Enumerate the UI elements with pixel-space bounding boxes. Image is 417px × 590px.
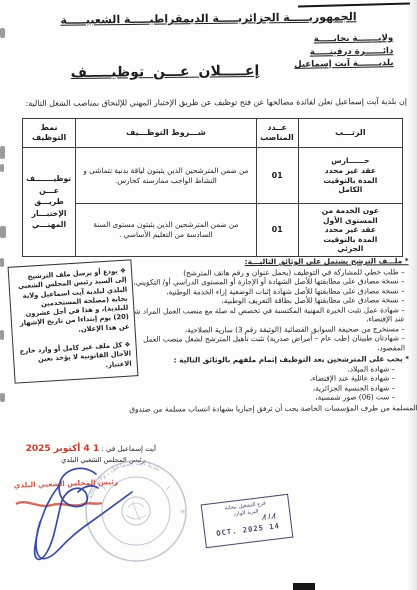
scan-artifact-mark [0,393,5,402]
deposit-instructions: ❖ يودع أو يرسل ملف الترشيح إلى السيد رئي… [14,267,130,339]
rank-cell: عون الخدمة من المستوى الأول عقد غير محدد… [298,204,402,257]
wilaya-line: ولايـــــــة بجايـــــة [293,32,393,46]
deposit-note-box: ❖ يودع أو يرسل ملف الترشيح إلى السيد رئي… [8,259,139,383]
table-row-guard: حــــــارس عقد غير محدد المدة بالتوقيت ا… [23,148,403,204]
scan-artifact-mark [0,258,4,267]
table-header-row: الرتـــب عــدد المناصب شـــروط التوظـــي… [23,119,403,148]
scan-artifact-bottom-bar [293,583,315,590]
col-header-count: عــدد المناصب [256,119,298,148]
administrative-header: ولايـــــــة بجايـــــة دائــــــرة درقي… [293,32,393,71]
scanned-document-page: الجمهوريـــــة الجزائريـــــة الديمقراطي… [0,0,417,590]
private-employer-note: * إن شهادات العمل المسلمة من طرف المؤسسا… [121,402,417,423]
count-cell: 01 [256,148,298,204]
intro-paragraph: إن بلدية آيت إسماعيل تعلن لفائدة مصالحها… [9,97,407,108]
scan-artifact-mark [0,146,5,159]
round-stamp-star: ✳ [180,508,186,516]
document-item: – شهادتان طبيتان (طب عام – أمراض صدرية) … [121,333,409,354]
document-item: – ست (06) صور شمسية، [121,392,409,403]
col-header-rank: الرتـــب [298,119,402,148]
scan-artifact-mark [0,330,4,340]
table-row-service-agent: عون الخدمة من المستوى الأول عقد غير محدد… [23,204,403,257]
rank-cell: حــــــارس عقد غير محدد المدة بالتوقيت ا… [298,148,402,204]
scan-edge-shadow [408,0,417,590]
employment-office-stamp: فرع التشغيل ببجاية البريد الوارد ٨١٨ 14 … [201,494,294,548]
republic-header: الجمهوريـــــة الجزائريـــــة الديمقراطي… [0,9,417,27]
positions-table: الرتـــب عــدد المناصب شـــروط التوظـــي… [22,118,403,257]
incomplete-file-warning: ❖ كل ملف غير كامل أو وارد خارج الآجال ال… [18,341,131,376]
scan-artifact-top-line [298,3,410,8]
documents-heading: * ملـــف الترشح يشتمل على الوثائق التالي… [121,256,409,267]
recruitment-mode-cell: توظيـــــــف عـــن طريـــق الإختبـــار ا… [23,148,76,257]
col-header-conditions: شـــروط التوظـــيف [76,119,256,148]
conditions-cell: من ضمن المترشحين الذين يثبتون لياقة بدني… [76,148,256,204]
page-title: إعـــــلان عـــن توظيـــــف [60,63,270,81]
scan-artifact-mark [0,28,5,38]
scan-artifact-mark [0,226,6,238]
handwritten-signature [18,458,138,566]
count-cell: 01 [256,204,298,257]
scan-artifact-mark [0,164,4,172]
col-header-mode: نمط التوظيف [23,119,76,148]
document-item: – شهادة عمل تثبت الخبرة المهنية المكتسبة… [121,305,409,326]
required-documents-section: * ملـــف الترشح يشتمل على الوثائق التالي… [121,256,410,423]
commune-line: بلديـــــــة آيت إسماعيل [294,57,394,71]
conditions-cell: من ضمن المترشحين الذين يثبتون مستوى السن… [76,204,256,257]
